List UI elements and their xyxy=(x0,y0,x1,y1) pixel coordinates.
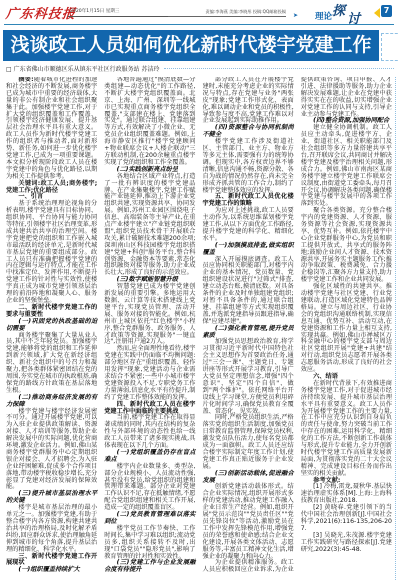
byline-dotted-rule xyxy=(164,68,395,69)
article-headline: 浅谈政工人员如何优化新时代楼宇党建工作 xyxy=(3,30,379,61)
article-block-h1: 二、新时代楼宇党建工作的要求与重要性 xyxy=(6,305,97,319)
section-label-big: 探 讨 xyxy=(332,0,374,24)
article-block-p: 在新时代背景下,有效推进商务楼宇党建工作,对于促进城市经济持续发展、提升城市基层… xyxy=(301,381,392,478)
block-label: 摘要: xyxy=(18,77,33,83)
editor-credits: 责编:李海燕 美编:李晓彤 投稿:QQ邮箱投稿 xyxy=(206,9,287,15)
article-block-p: 为应对上述挑战,政工人员要主动作为,以系统思维谋划楼宇党建工作,从以下方面优化工… xyxy=(203,208,294,243)
article-block-p: 楼宇内企业数量多、类型杂,部分企业规模小、人员流动性强,甚至没有党员,给党组织的… xyxy=(104,464,195,512)
article-block-p: 同时,严格党员组织生活,严格落实党的组织生活制度,加强党员日常教育监督管理,保障… xyxy=(203,415,294,470)
header-divider xyxy=(4,24,394,25)
article-block-p: 然而,应全面理性地看待,楼宇党建在实践中仍面临不均衡问题:部分地区存在"重组织覆… xyxy=(104,346,195,401)
article-block-ref: [1] 冷梅,雷龙,聂秋华.基层快速治理虚实体系[M].上海:上海科技教育出版社… xyxy=(301,484,392,505)
article-block-p: 建立健全协调机制。政工人员应主动牵头,促进楼宇方、企业、街道社区、相关职能部门及… xyxy=(301,125,392,208)
article-block-p: 楼宇党建与楼宇经济发展密不可分。通过开展楼宇党建,可以为入驻企业提供政策解读、资… xyxy=(6,409,97,492)
article-block-p: 商务楼宇聚集了大量从业人员,其中不乏年轻党员。加强楼宇党建,能够将党的组织和工作… xyxy=(6,333,97,395)
newspaper-page: 广东科技报 2020年1月15日 星期三 责编:李海燕 美编:李晓彤 投稿:QQ… xyxy=(0,0,398,584)
article-block-p: 加强党员思想政治教育,将学习贯彻习近平新时代中国特色社会主义思想作为首要政治任务… xyxy=(203,339,294,415)
block-label: 关键词: xyxy=(18,180,40,187)
page-header: 广东科技报 2020年1月15日 星期三 责编:李海燕 美编:李晓彤 投稿:QQ… xyxy=(4,2,394,24)
article-block-p: 楼宇党建工作涉及街道社区、主管部门、业主方、物业方等多元主体,需要强有力的统筹协… xyxy=(203,139,294,194)
article-block-p: 当前,楼宇党建工作在取得显著成绩的同时,其内在结构的复杂性与外部环境的动态性也给… xyxy=(104,415,195,450)
article-block-h2: (一)党组织覆盖仍存在盲点难点 xyxy=(104,450,195,464)
article-block-h2: (三)党建工作与企业发展融合度有待提升 xyxy=(104,560,195,574)
arrow-icon: ➤ xyxy=(293,12,298,19)
article-block-p: 部分政工人员在开展楼宇党建时,未能充分考虑企业的实际情况与特点,存在党建与业务"… xyxy=(203,77,294,125)
article-block-p: 各地普遍通过"摸清底数—分类组建—动态优化"的工作路径,不断扩大楼宇党组织覆盖面… xyxy=(104,77,195,167)
article-block-p: 深入开展摸底调查。政工人员应协同相关职能部门,对楼宇内企业的基本情况、党员数量、… xyxy=(203,257,294,326)
article-block-p: 创新党建活动载体形式。结合企业实际情况,组织开展形式多样的党建活动,推动党建工作… xyxy=(203,484,294,560)
article-block-p: 聚合各类资源。充分整合楼宇内的党建资源、人才资源、服务资源等社会资源,实现资源共… xyxy=(301,208,392,284)
article-block-p: 楼宇是城市基层治理的最小单元之一。加强楼宇党建,有助于整合楼宇内各方资源,构建共… xyxy=(6,505,97,553)
headline-dashed-decoration xyxy=(381,33,398,61)
section-char-1: 探 xyxy=(332,0,345,19)
article-block-h2: (二)推动商务经济发展的有力保障 xyxy=(6,395,97,409)
author-byline: □ 广东省佛山市顺德区乐从镇东平社区行政服务站 苏洁玲 xyxy=(6,64,160,73)
byline-row: □ 广东省佛山市顺德区乐从镇东平社区行政服务站 苏洁玲 xyxy=(6,64,394,73)
article-block-h2: (一)巩固党的执政基础的迫切需要 xyxy=(6,319,97,333)
section-label-small: 理论 xyxy=(315,10,332,22)
article-block-h2: (一)组织覆盖持续扩大 xyxy=(6,567,97,574)
article-block-p: 强化区域性的共建共享。推动楼宇党建与社区党建、行业党建联动,打造区域化党建特色品… xyxy=(301,284,392,374)
article-block-lead: 摘要:随着城市化进程的加速和社会经济的不断发展,商务楼宇已成为城市中重要的经济载… xyxy=(6,77,97,181)
article-block-p: 楼宇党员工作节奏快、工作时间长,集中学习难以组织;流动党员多,组织关系接转不及时… xyxy=(104,526,195,561)
article-block-h2: (二)党员教育管理难以落实到位 xyxy=(104,512,195,526)
article-block-ref: [2] 黄晓春.党建引领下的当代中国社会治理创新[J].中国社会科学,2021(… xyxy=(301,505,392,533)
page-number-badge: 7 xyxy=(381,5,392,17)
article-block-h2: (一)加强摸底排查,做实组织覆盖 xyxy=(203,243,294,257)
masthead-logo: 广东科技报 xyxy=(5,3,77,22)
article-block-p: 基于系统治理理论视角的分析表明,楼宇党建具有目标协同、组织协同、平台协同与能力协… xyxy=(6,201,97,305)
article-block-ref: [3] 吴晓光,朱茂源.楼宇党建工作实践研究与路径探索[J].党建研究,2022… xyxy=(301,533,392,554)
article-body: 摘要:随着城市化进程的加速和社会经济的不断发展,商务楼宇已成为城市中重要的经济载… xyxy=(6,77,392,580)
article-block-p: 智慧党建已成为楼宇党建创新发展的重要引擎。多地运用大数据、云计算等技术搭建线上党… xyxy=(104,284,195,346)
triangle-icon xyxy=(374,8,380,18)
page-edge-dotted-line xyxy=(395,77,396,580)
article-block-p: 各地结合区域产业特点,打造了一批有辨识度的楼宇党建品牌。在产业集聚楼宇,党建工作… xyxy=(104,174,195,278)
credits-underline xyxy=(168,16,286,17)
